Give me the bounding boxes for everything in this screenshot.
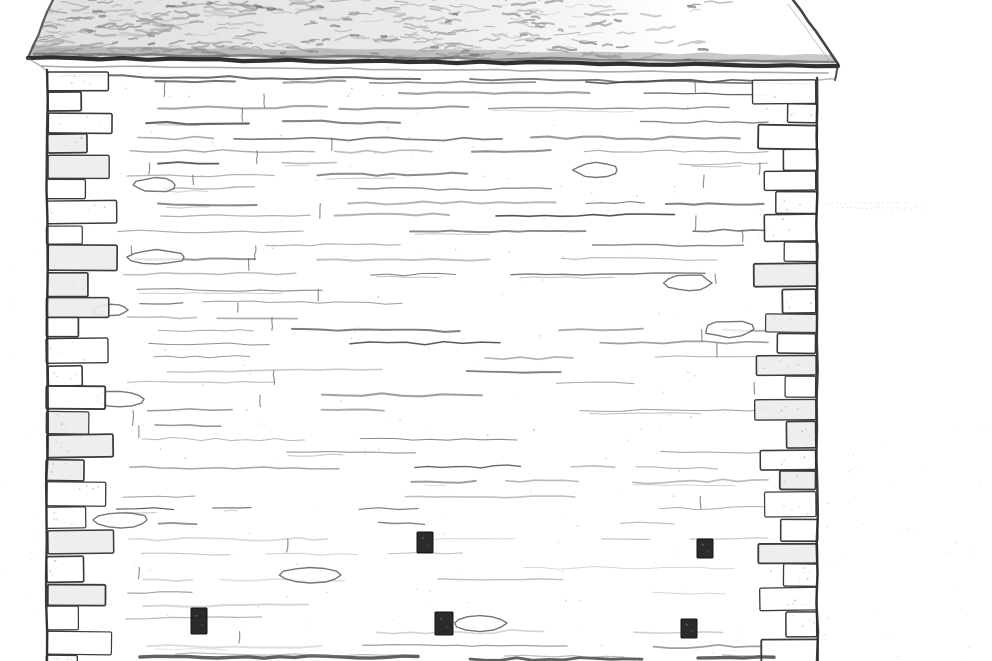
quoin-stone (47, 631, 111, 655)
putlog-hole (697, 539, 713, 558)
quoin-stone (758, 125, 817, 150)
quoin-stone (48, 366, 82, 387)
quoin-stone (47, 72, 108, 91)
quoin-stone (46, 411, 89, 434)
oval-stone (664, 275, 713, 291)
quoin-stone (46, 460, 84, 481)
quoin-stone (46, 298, 108, 318)
putlog-hole (417, 532, 433, 553)
quoin-stone (786, 421, 815, 448)
quoin-stone (764, 214, 816, 241)
quoin-stone (46, 507, 86, 529)
quoin-stone (47, 606, 79, 630)
quoin-stone (783, 149, 817, 170)
quoin-stone (47, 273, 88, 297)
quoin-stone (776, 192, 817, 214)
quoin-stone (46, 179, 85, 198)
quoin-stone (46, 655, 77, 661)
paper-background (0, 0, 992, 661)
putlog-hole (435, 612, 453, 635)
quoin-stone (754, 263, 818, 287)
quoin-stone (786, 612, 817, 637)
quoin-stone (47, 482, 106, 507)
quoin-stone (784, 242, 818, 262)
quoin-stone (755, 399, 816, 420)
quoin-stone (46, 386, 105, 409)
quoin-stone (783, 564, 817, 587)
quoin-stone (760, 450, 816, 470)
quoin-stone (47, 556, 84, 582)
quoin-stone (787, 104, 816, 123)
putlog-hole (681, 619, 697, 638)
quoin-stone (46, 317, 78, 336)
quoin-stone (780, 471, 816, 490)
quoin-stone (781, 519, 818, 541)
quoin-stone (48, 530, 114, 554)
stone-building-elevation-sketch (0, 0, 992, 661)
quoin-stone (46, 338, 108, 363)
quoin-stone (756, 355, 816, 375)
quoin-stone (48, 245, 117, 271)
quoin-stone (47, 200, 117, 223)
quoin-stone (785, 376, 816, 397)
quoin-stone (48, 155, 109, 178)
quoin-stone (48, 585, 106, 606)
quoin-stone (764, 171, 816, 190)
quoin-stone (758, 544, 817, 564)
quoin-stone (782, 289, 816, 313)
quoin-stone (47, 434, 113, 458)
sketch-figure (0, 0, 992, 661)
quoin-stone (760, 587, 817, 610)
putlog-hole (191, 608, 207, 634)
quoin-stone (764, 492, 816, 517)
quoin-stone (48, 113, 112, 133)
quoin-stone (766, 314, 817, 333)
quoin-stone (752, 80, 815, 104)
quoin-stone (48, 92, 81, 111)
quoin-stone (777, 333, 815, 353)
quoin-stone (46, 226, 82, 244)
